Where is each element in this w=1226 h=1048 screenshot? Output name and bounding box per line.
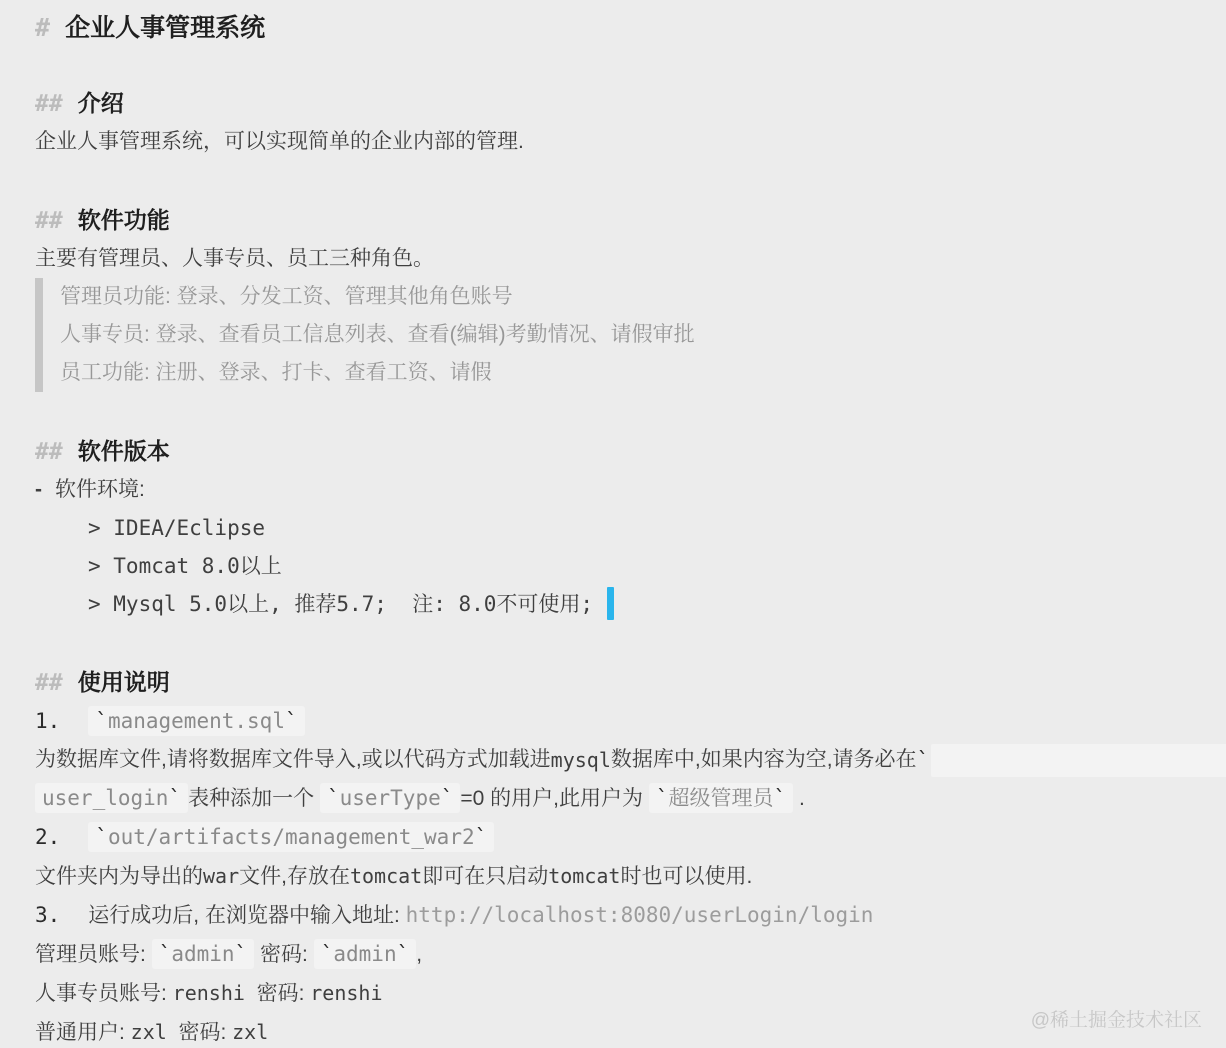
inline-latin-tomcat: tomcat — [548, 864, 620, 888]
paragraph-text: 即可在只启动 — [422, 865, 548, 888]
list-dash: - — [35, 478, 42, 501]
backtick: ` — [917, 741, 930, 779]
code-text: management.sql — [108, 709, 285, 733]
heading-version: ##软件版本 — [35, 432, 1226, 471]
env-bullet-line: -软件环境: — [35, 471, 1226, 509]
quote-line-employee: 员工功能: 注册、登录、打卡、查看工资、请假 — [60, 354, 1226, 392]
url-text: http://localhost:8080/userLogin/login — [406, 903, 874, 927]
account-label: 普通用户: — [35, 1021, 131, 1044]
heading-features: ##软件功能 — [35, 201, 1226, 240]
paragraph-text: 时也可以使用. — [620, 865, 752, 888]
env-line-tomcat: > Tomcat 8.0以上 — [88, 547, 1226, 585]
account-value: zxl — [232, 1020, 268, 1044]
backtick: ` — [774, 786, 787, 810]
usage-item-3: 3.运行成功后, 在浏览器中输入地址: http://localhost:808… — [35, 896, 1226, 935]
backtick: ` — [321, 942, 334, 966]
doc-title: 企业人事管理系统 — [65, 14, 265, 42]
account-value: renshi — [173, 981, 245, 1005]
usage-item-1-para-line-2: user_login`表种添加一个 `userType`=0 的用户,此用户为 … — [35, 779, 1226, 818]
paragraph-text: 文件,存放在 — [239, 865, 350, 888]
usage-item-2: 2.`out/artifacts/management_war2` — [35, 818, 1226, 857]
inline-code-chip: `out/artifacts/management_war2` — [88, 822, 494, 852]
backtick: ` — [95, 825, 108, 849]
code-text: 超级管理员 — [669, 786, 774, 810]
markdown-editor[interactable]: #企业人事管理系统 ##介绍 企业人事管理系统，可以实现简单的企业内部的管理. … — [0, 0, 1226, 1048]
account-value: zxl — [131, 1020, 167, 1044]
doc-title-line: #企业人事管理系统 — [35, 8, 1226, 48]
backtick: ` — [159, 942, 172, 966]
account-label: 密码: — [254, 943, 314, 966]
code-text: admin — [171, 942, 234, 966]
heading-usage: ##使用说明 — [35, 663, 1226, 702]
list-number: 3. — [35, 903, 60, 927]
code-text: user_login — [42, 786, 168, 810]
backtick: ` — [95, 709, 108, 733]
inline-code-chip: user_login` — [35, 783, 188, 813]
env-line-mysql-text: > Mysql 5.0以上, 推荐5.7; 注: 8.0不可使用; — [88, 592, 593, 616]
paragraph-text: 数据库中,如果内容为空,请务必在 — [611, 741, 917, 779]
usage-item-2-para: 文件夹内为导出的war文件,存放在tomcat即可在只启动tomcat时也可以使… — [35, 857, 1226, 896]
text-cursor — [607, 587, 614, 620]
account-label: 密码: — [167, 1021, 232, 1044]
usage-item-1-para-line-1: 为数据库文件,请将数据库文件导入,或以代码方式加载进mysql数据库中,如果内容… — [35, 741, 1226, 779]
list-number: 1. — [35, 709, 60, 733]
backtick: ` — [285, 709, 298, 733]
features-blockquote: 管理员功能: 登录、分发工资、管理其他角色账号 人事专员: 登录、查看员工信息列… — [35, 278, 1226, 392]
backtick: ` — [168, 786, 181, 810]
backtick: ` — [475, 825, 488, 849]
juejin-watermark: @稀土掘金技术社区 — [1031, 1005, 1202, 1032]
inline-code-chip: `userType` — [320, 783, 460, 813]
env-line-ide: > IDEA/Eclipse — [88, 509, 1226, 547]
backtick: ` — [327, 786, 340, 810]
paragraph-text: 运行成功后, 在浏览器中输入地址: — [88, 904, 405, 927]
backtick: ` — [441, 786, 454, 810]
quote-line-hr: 人事专员: 登录、查看员工信息列表、查看(编辑)考勤情况、请假审批 — [60, 316, 1226, 354]
heading-intro-text: 介绍 — [78, 90, 124, 116]
backtick: ` — [397, 942, 410, 966]
inline-code-chip: `admin` — [314, 939, 417, 969]
account-value: renshi — [310, 981, 382, 1005]
inline-latin-mysql: mysql — [551, 741, 611, 779]
paragraph-text: 为数据库文件,请将数据库文件导入,或以代码方式加载进 — [35, 741, 551, 779]
inline-code-chip: `超级管理员` — [649, 783, 793, 813]
heading-version-text: 软件版本 — [78, 438, 170, 464]
usage-item-1: 1.`management.sql` — [35, 702, 1226, 741]
intro-paragraph: 企业人事管理系统，可以实现简单的企业内部的管理. — [35, 123, 1226, 161]
backtick: ` — [656, 786, 669, 810]
list-number: 2. — [35, 825, 60, 849]
inline-code-chip: `management.sql` — [88, 706, 304, 736]
paragraph-text: =0 的用户,此用户为 — [460, 787, 648, 810]
features-lead: 主要有管理员、人事专员、员工三种角色。 — [35, 240, 1226, 278]
env-line-mysql: > Mysql 5.0以上, 推荐5.7; 注: 8.0不可使用; — [88, 585, 1226, 623]
account-label: 人事专员账号: — [35, 982, 173, 1005]
inline-code-chip: `admin` — [152, 939, 255, 969]
account-label: 密码: — [245, 982, 310, 1005]
heading-intro: ##介绍 — [35, 84, 1226, 123]
account-label: 管理员账号: — [35, 943, 152, 966]
code-text: out/artifacts/management_war2 — [108, 825, 475, 849]
inline-latin-tomcat: tomcat — [350, 864, 422, 888]
paragraph-text: 表种添加一个 — [188, 787, 320, 810]
paragraph-text: . — [793, 787, 805, 810]
paragraph-text: 文件夹内为导出的 — [35, 865, 203, 888]
quote-line-admin: 管理员功能: 登录、分发工资、管理其他角色账号 — [60, 278, 1226, 316]
account-line-admin: 管理员账号: `admin` 密码: `admin`, — [35, 935, 1226, 974]
code-text: userType — [340, 786, 441, 810]
paragraph-text: , — [416, 943, 422, 966]
heading-features-text: 软件功能 — [78, 207, 170, 233]
env-label: 软件环境: — [55, 478, 145, 501]
inline-latin-war: war — [203, 864, 239, 888]
h2-mark: ## — [35, 91, 63, 117]
code-text: admin — [333, 942, 396, 966]
h2-mark: ## — [35, 670, 63, 696]
backtick: ` — [235, 942, 248, 966]
h1-mark: # — [35, 13, 50, 42]
heading-usage-text: 使用说明 — [78, 669, 170, 695]
env-list: > IDEA/Eclipse > Tomcat 8.0以上 > Mysql 5.… — [88, 509, 1226, 623]
h2-mark: ## — [35, 439, 63, 465]
h2-mark: ## — [35, 208, 63, 234]
code-highlight-wrap — [931, 744, 1226, 777]
